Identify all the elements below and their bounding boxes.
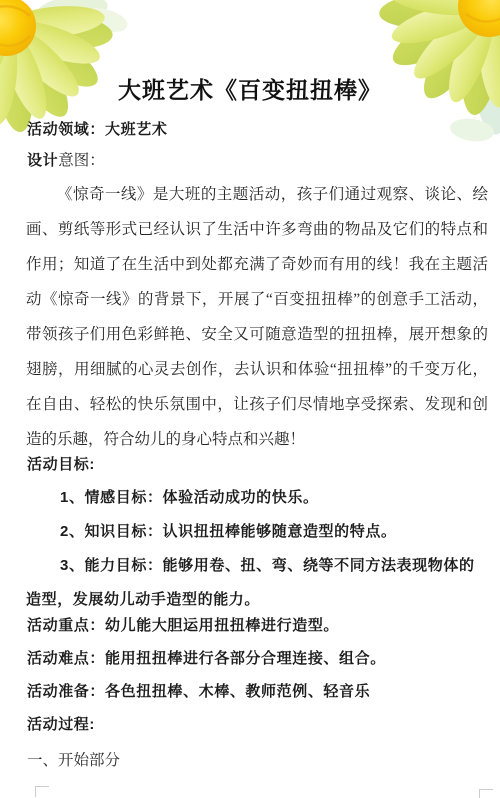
design-intent-label-bold: 设计: [27, 152, 58, 169]
preparation-label: 活动准备：: [27, 683, 105, 700]
key-point-line: 活动重点：幼儿能大胆运用扭扭棒进行造型。: [27, 614, 339, 635]
process-part1: 一、开始部分: [27, 748, 120, 770]
key-point-value: 幼儿能大胆运用扭扭棒进行造型。: [105, 617, 339, 634]
design-intent-label-regular: 意图：: [58, 152, 105, 169]
difficult-point-label: 活动难点：: [27, 650, 105, 667]
activity-field-label: 活动领域：: [27, 121, 105, 138]
preparation-value: 各色扭扭棒、木棒、教师范例、轻音乐: [105, 683, 370, 700]
page-title: 大班艺术《百变扭扭棒》: [0, 72, 500, 105]
document-page: 大班艺术《百变扭扭棒》 活动领域：大班艺术 设计意图： 《惊奇一线》是大班的主题…: [0, 0, 500, 798]
preparation-line: 活动准备：各色扭扭棒、木棒、教师范例、轻音乐: [27, 680, 370, 701]
difficult-point-line: 活动难点：能用扭扭棒进行各部分合理连接、组合。: [27, 647, 386, 668]
goal-item-emotion: 1、情感目标：体验活动成功的快乐。: [26, 481, 490, 515]
difficult-point-value: 能用扭扭棒进行各部分合理连接、组合。: [105, 650, 386, 667]
activity-field-value: 大班艺术: [105, 121, 167, 138]
design-intent-heading: 设计意图：: [27, 148, 105, 170]
activity-field-line: 活动领域：大班艺术: [27, 118, 167, 139]
goal-item-knowledge: 2、知识目标：认识扭扭棒能够随意造型的特点。: [26, 515, 490, 549]
design-intent-body: 《惊奇一线》是大班的主题活动，孩子们通过观察、谈论、绘画、剪纸等形式已经认识了生…: [26, 177, 488, 457]
page-margin-mark-left: [35, 786, 49, 797]
goal-item-ability: 3、能力目标：能够用卷、扭、弯、绕等不同方法表现物体的造型，发展幼儿动手造型的能…: [26, 549, 490, 617]
goals-heading: 活动目标:: [27, 453, 95, 474]
key-point-label: 活动重点：: [27, 617, 105, 634]
page-margin-mark-right: [479, 789, 493, 798]
process-heading: 活动过程:: [27, 713, 95, 734]
